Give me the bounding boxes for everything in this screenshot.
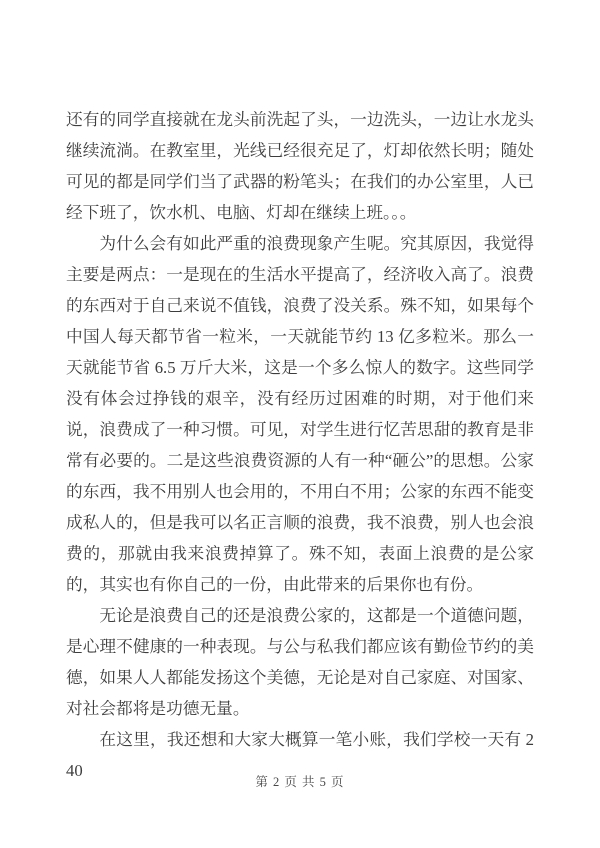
document-page: 还有的同学直接就在龙头前洗起了头，一边洗头，一边让水龙头继续流淌。在教室里，光线… xyxy=(0,0,600,848)
paragraph-3: 无论是浪费自己的还是浪费公家的，这都是一个道德问题，是心理不健康的一种表现。与公… xyxy=(66,600,534,724)
paragraph-2: 为什么会有如此严重的浪费现象产生呢。究其原因，我觉得主要是两点：一是现在的生活水… xyxy=(66,228,534,600)
document-body: 还有的同学直接就在龙头前洗起了头，一边洗头，一边让水龙头继续流淌。在教室里，光线… xyxy=(66,104,534,786)
page-number-footer: 第 2 页 共 5 页 xyxy=(0,772,600,790)
paragraph-1: 还有的同学直接就在龙头前洗起了头，一边洗头，一边让水龙头继续流淌。在教室里，光线… xyxy=(66,104,534,228)
